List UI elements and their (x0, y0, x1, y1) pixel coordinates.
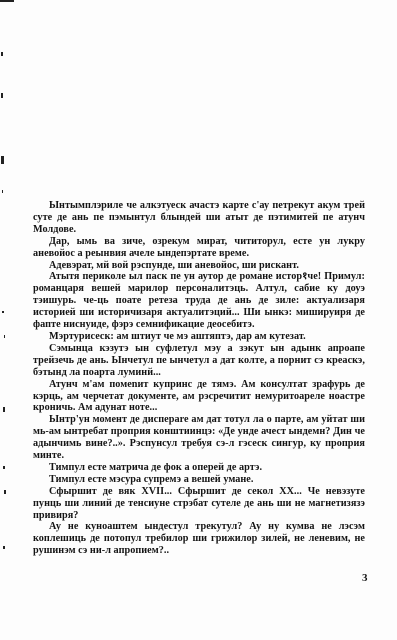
paragraph: Адевэрат, мй вой рэспунде, ши аневойос, … (33, 260, 365, 272)
paragraph: Ынтр'ун момент де дисперare ам дат тотул… (33, 414, 365, 462)
scan-artifact (0, 0, 14, 2)
paragraph: Ау не куноаштем ындестул трекутул? Ау ну… (33, 521, 365, 557)
scan-artifact (2, 311, 4, 313)
scan-artifact (2, 190, 3, 193)
scan-artifact (4, 490, 6, 494)
scan-artifact (1, 156, 4, 164)
paragraph: Атунч м'ам помenит купринс де тямэ. Ам к… (33, 379, 365, 415)
scan-artifact (1, 52, 3, 56)
paragraph: Дар, ымь ва зиче, озрекум мират, чититор… (33, 236, 365, 260)
paragraph: Ынтымплэриле че алкэтуеск ачастэ карте с… (33, 200, 365, 236)
paragraph: Атытя периколе ыл паск пе ун аутор де ро… (33, 271, 365, 331)
scan-artifact (3, 466, 5, 469)
paragraph: Мэртурисеск: ам штиут че мэ аштяптэ, дар… (33, 331, 365, 343)
scan-artifact (3, 407, 5, 412)
paragraph: Сфыршит де вяк XVII... Сфыршит де секол … (33, 486, 365, 522)
scan-artifact (3, 546, 5, 549)
paragraph: Сэмынца кэзутэ ын суфлетул мэу а зэкут ы… (33, 343, 365, 379)
page-number: 3 (362, 572, 368, 584)
scanned-page: Ынтымплэриле че алкэтуеск ачастэ карте с… (0, 0, 397, 640)
body-text: Ынтымплэриле че алкэтуеск ачастэ карте с… (33, 200, 365, 557)
scan-artifact (1, 93, 3, 98)
scan-artifact (4, 335, 5, 338)
paragraph: Тимпул есте матрича де фок а оперей де а… (33, 462, 365, 474)
paragraph: Тимпул есте мэсура супремэ а вешей умане… (33, 474, 365, 486)
